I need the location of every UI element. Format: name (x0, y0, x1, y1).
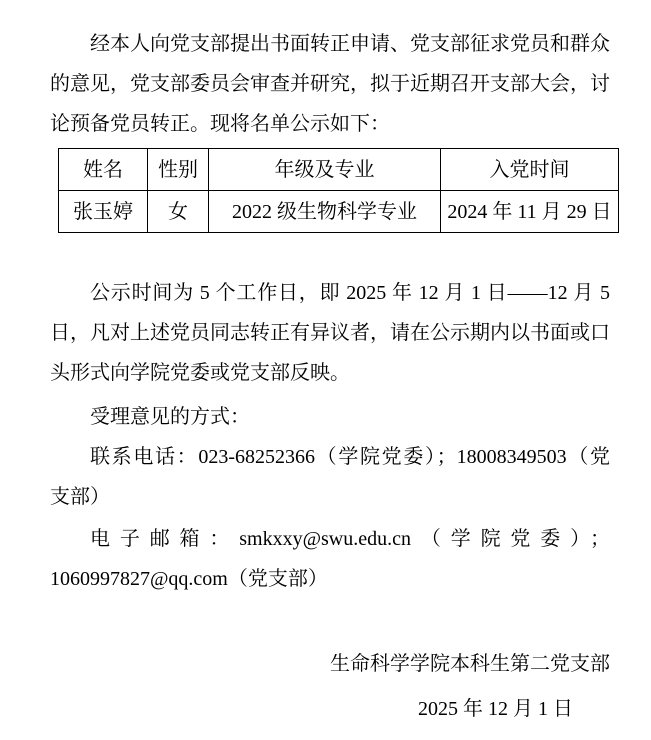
contact-email-paragraph: 电子邮箱：smkxxy@swu.edu.cn（学院党委）； 1060997827… (50, 519, 610, 599)
header-cell-major: 年级及专业 (209, 149, 441, 191)
header-cell-gender: 性别 (148, 149, 209, 191)
cell-name: 张玉婷 (59, 191, 148, 233)
table-row: 张玉婷 女 2022 级生物科学专业 2024 年 11 月 29 日 (59, 191, 619, 233)
member-announcement-table: 姓名 性别 年级及专业 入党时间 张玉婷 女 2022 级生物科学专业 2024… (58, 148, 619, 233)
cell-gender: 女 (148, 191, 209, 233)
paragraph-line: 的意见，党支部委员会审查并研究，拟于近期召开支部大会，讨 (50, 64, 610, 104)
paragraph-line: 公示时间为 5 个工作日，即 2025 年 12 月 1 日——12 月 5 (50, 273, 610, 313)
paragraph-line: 联系电话：023-68252366（学院党委）；18008349503（党 (50, 437, 610, 477)
announcement-document: 经本人向党支部提出书面转正申请、党支部征求党员和群众 的意见，党支部委员会审查并… (0, 0, 651, 740)
header-cell-join-date: 入党时间 (441, 149, 619, 191)
signature-date: 2025 年 12 月 1 日 (50, 689, 610, 729)
table-header-row: 姓名 性别 年级及专业 入党时间 (59, 149, 619, 191)
feedback-method-heading: 受理意见的方式： (50, 397, 610, 437)
paragraph-line: 日，凡对上述党员同志转正有异议者，请在公示期内以书面或口 (50, 313, 610, 353)
signature-organization: 生命科学学院本科生第二党支部 (50, 644, 610, 684)
paragraph-line: 论预备党员转正。现将名单公示如下： (50, 104, 610, 144)
publicity-period-paragraph: 公示时间为 5 个工作日，即 2025 年 12 月 1 日——12 月 5 日… (50, 273, 610, 393)
header-cell-name: 姓名 (59, 149, 148, 191)
paragraph-line: 支部） (50, 477, 610, 517)
intro-paragraph: 经本人向党支部提出书面转正申请、党支部征求党员和群众 的意见，党支部委员会审查并… (50, 24, 610, 144)
paragraph-line: 经本人向党支部提出书面转正申请、党支部征求党员和群众 (50, 24, 610, 64)
paragraph-line: 电子邮箱：smkxxy@swu.edu.cn（学院党委）； (50, 519, 610, 559)
cell-major: 2022 级生物科学专业 (209, 191, 441, 233)
paragraph-line: 头形式向学院党委或党支部反映。 (50, 353, 610, 393)
paragraph-line: 1060997827@qq.com（党支部） (50, 559, 610, 599)
contact-phone-paragraph: 联系电话：023-68252366（学院党委）；18008349503（党 支部… (50, 437, 610, 517)
cell-join-date: 2024 年 11 月 29 日 (441, 191, 619, 233)
paragraph-line: 受理意见的方式： (50, 397, 610, 437)
